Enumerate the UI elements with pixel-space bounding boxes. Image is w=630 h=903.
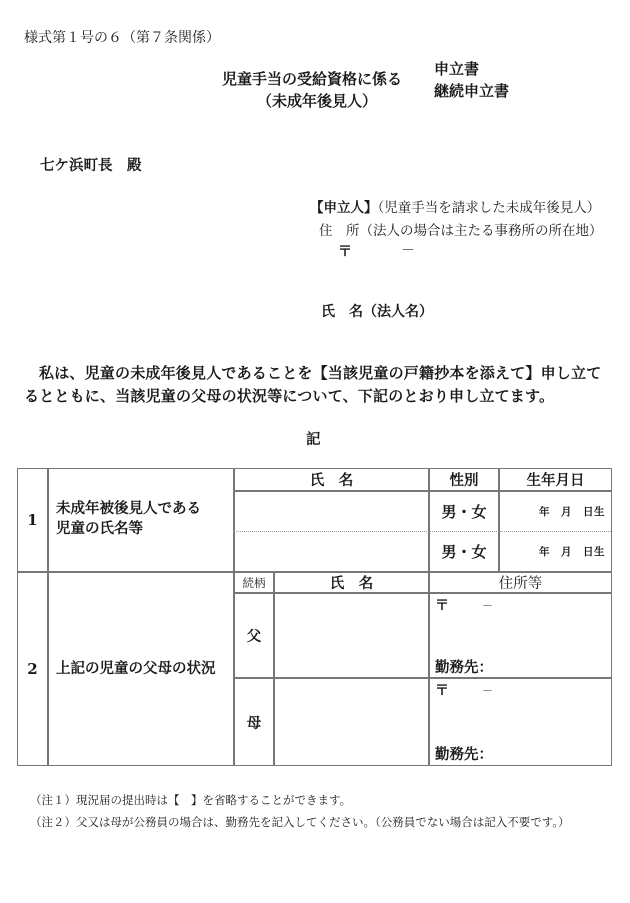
- postal-dash: －: [482, 682, 493, 698]
- child-1-name-field[interactable]: [235, 492, 428, 531]
- section-2-number: 2: [18, 573, 47, 765]
- applicant-note: （児童手当を請求した未成年後見人）: [378, 200, 601, 216]
- note-1: （注１）現況届の提出時は【 】を省略することができます。: [30, 792, 351, 808]
- child-1-dob-field[interactable]: 年 月 日生: [500, 492, 611, 531]
- note-2: （注２）父又は母が公務員の場合は、勤務先を記入してください。（公務員でない場合は…: [30, 814, 570, 830]
- father-address-field[interactable]: 〒 － 勤務先：: [430, 594, 611, 677]
- addressee: 七ケ浜町長 殿: [40, 154, 142, 175]
- applicant-bracket: 【申立人】: [310, 200, 378, 216]
- postal-mark-icon: 〒: [338, 241, 352, 261]
- document-subtitle: （未成年後見人）: [257, 90, 377, 111]
- father-name-field[interactable]: [275, 594, 428, 677]
- section-1-description: 未成年被後見人である 児童の氏名等: [49, 469, 233, 571]
- mother-relation: 母: [235, 679, 273, 765]
- header-dob: 生年月日: [500, 469, 611, 490]
- section-2-description: 上記の児童の父母の状況: [49, 573, 233, 765]
- child-2-name-field[interactable]: [235, 532, 428, 571]
- declaration-statement: 私は、児童の未成年後見人であることを【当該児童の戸籍抄本を添えて】申し立てるとと…: [24, 362, 616, 408]
- applicant-name-label: 氏 名（法人名）: [321, 301, 433, 321]
- applicant-label: 【申立人】（児童手当を請求した未成年後見人）: [310, 196, 600, 216]
- header-relation: 続柄: [235, 573, 273, 592]
- mother-address-field[interactable]: 〒 － 勤務先：: [430, 679, 611, 765]
- document-title: 児童手当の受給資格に係る: [222, 68, 402, 89]
- header-parent-name: 氏 名: [275, 573, 428, 592]
- title-option-application: 申立書: [434, 58, 479, 79]
- section-1-desc-line-2: 児童の氏名等: [56, 519, 233, 539]
- address-label: 住 所（法人の場合は主たる事務所の所在地）: [319, 219, 603, 239]
- postal-dash: －: [482, 597, 493, 613]
- postal-mark-icon: 〒: [435, 595, 449, 615]
- section-1-desc-line-1: 未成年被後見人である: [56, 499, 233, 519]
- ki-heading: 記: [306, 428, 321, 449]
- father-relation: 父: [235, 594, 273, 677]
- postal-mark-icon: 〒: [435, 680, 449, 700]
- child-2-gender-select[interactable]: 男・女: [430, 532, 498, 571]
- child-1-gender-select[interactable]: 男・女: [430, 492, 498, 531]
- mother-workplace-label: 勤務先：: [435, 743, 493, 764]
- section-1-number: 1: [18, 469, 47, 571]
- header-gender: 性別: [430, 469, 498, 490]
- form-number: 様式第１号の６（第７条関係）: [24, 27, 220, 47]
- father-workplace-label: 勤務先：: [435, 656, 493, 677]
- header-child-name: 氏 名: [235, 469, 428, 490]
- title-option-continuation: 継続申立書: [434, 80, 509, 101]
- header-address: 住所等: [430, 573, 611, 592]
- details-table: 1 未成年被後見人である 児童の氏名等 氏 名 性別 生年月日 男・女 年 月 …: [17, 468, 612, 766]
- postal-dash: －: [401, 240, 415, 260]
- child-2-dob-field[interactable]: 年 月 日生: [500, 532, 611, 571]
- mother-name-field[interactable]: [275, 679, 428, 765]
